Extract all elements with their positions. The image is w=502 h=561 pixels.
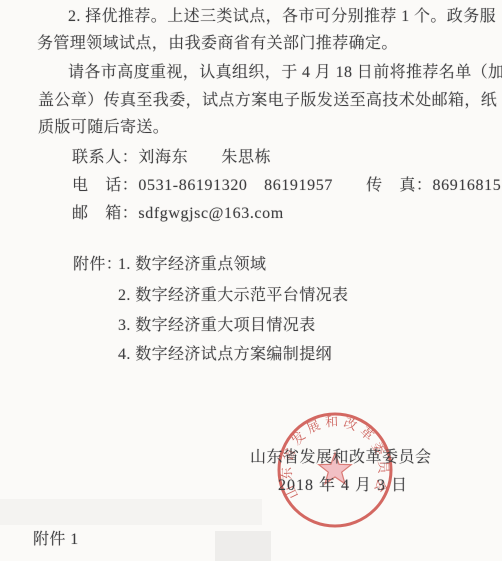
footer-attachment-label: 附件 1 [33,531,79,549]
contact-email-line: 邮 箱：sdfgwgjsc@163.com [72,205,284,223]
attachment-item: 4. 数字经济试点方案编制提纲 [118,346,332,364]
attachments-label: 附件： [73,256,122,274]
attachment-item: 3. 数字经济重大项目情况表 [118,317,316,335]
body-line: 2. 择优推荐。上述三类试点，各市可分别推荐 1 个。政务服 [68,8,496,26]
body-line: 质版可随后寄送。 [38,119,169,137]
signature-org: 山东省发展和改革委员会 [250,449,432,467]
signature-date: 2018 年 4 月 3 日 [278,477,396,495]
official-seal: 山东省发展和改革委员会 [269,404,401,536]
document-page: 山东省发展和改革委员会 2. 择优推荐。上述三类试点，各市可分别推荐 1 个。政… [0,0,502,561]
attachment-item: 1. 数字经济重点领域 [118,256,266,274]
body-line: 请各市高度重视，认真组织，于 4 月 18 日前将推荐名单（加 [68,64,502,82]
attachment-item: 2. 数字经济重大示范平台情况表 [118,287,348,305]
scan-shading [215,531,271,561]
body-line: 务管理领域试点，由我委商省有关部门推荐确定。 [37,35,398,53]
body-line: 盖公章）传真至我委，试点方案电子版发送至高技术处邮箱，纸 [38,92,497,110]
contact-phone-line: 电 话：0531-86191320 86191957 传 真：86916815 [72,177,501,195]
scan-shading [0,499,262,525]
contact-person-line: 联系人：刘海东 朱思栋 [72,149,271,167]
